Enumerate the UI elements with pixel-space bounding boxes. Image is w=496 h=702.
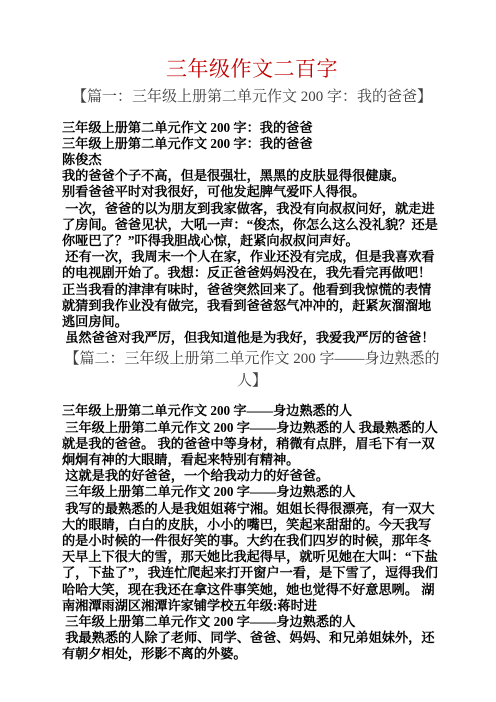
section-heading-2: 【篇二：三年级上册第二单元作文 200 字——身边熟悉的人】 <box>62 349 442 392</box>
essay-paragraph: 还有一次，我周末一个人在家，作业还没有完成，但是我喜欢看的电视剧开始了。我想：反… <box>62 249 442 330</box>
section-essay-1: 【篇一：三年级上册第二单元作文 200 字：我的爸爸】 三年级上册第二单元作文 … <box>62 87 442 346</box>
essay-paragraph: 一次，爸爸的以为朋友到我家做客，我没有向叔叔问好，就走进了房间。爸爸见状，大吼一… <box>62 201 442 250</box>
essay-heading-line: 三年级上册第二单元作文 200 字：我的爸爸 <box>62 136 442 152</box>
essay-heading-line: 三年级上册第二单元作文 200 字：我的爸爸 <box>62 120 442 136</box>
essay-heading-line: 三年级上册第二单元作文 200 字——身边熟悉的人 <box>62 614 442 630</box>
essay-paragraph: 三年级上册第二单元作文 200 字——身边熟悉的人 我最熟悉的人就是我的爸爸。 … <box>62 420 442 469</box>
essay-paragraph: 这就是我的好爸爸，一个给我动力的好爸爸。 <box>62 468 442 484</box>
essay-paragraph: 虽然爸爸对我严厉，但我知道他是为我好，我爱我严厉的爸爸！ <box>62 330 442 346</box>
section-body-2: 三年级上册第二单元作文 200 字——身边熟悉的人 三年级上册第二单元作文 20… <box>62 403 442 662</box>
section-body-1: 三年级上册第二单元作文 200 字：我的爸爸 三年级上册第二单元作文 200 字… <box>62 120 442 347</box>
essay-paragraph: 我的爸爸个子不高，但是很强壮，黑黑的皮肤显得很健康。 <box>62 168 442 184</box>
essay-heading-line: 三年级上册第二单元作文 200 字——身边熟悉的人 <box>62 484 442 500</box>
page-title: 三年级作文二百字 <box>62 54 442 84</box>
essay-paragraph: 别看爸爸平时对我很好，可他发起脾气爱吓人得很。 <box>62 184 442 200</box>
document-page: 三年级作文二百字 【篇一：三年级上册第二单元作文 200 字：我的爸爸】 三年级… <box>0 0 496 702</box>
essay-paragraph: 我写的最熟悉的人是我姐姐蒋宁湘。姐姐长得很漂亮，有一双大大的眼睛，白白的皮肤，小… <box>62 501 442 614</box>
section-essay-2: 【篇二：三年级上册第二单元作文 200 字——身边熟悉的人】 三年级上册第二单元… <box>62 349 442 662</box>
essay-heading-line: 三年级上册第二单元作文 200 字——身边熟悉的人 <box>62 403 442 419</box>
essay-paragraph: 我最熟悉的人除了老师、同学、爸爸、妈妈、和兄弟姐妹外，还有朝夕相处，形影不离的外… <box>62 630 442 662</box>
author-name: 陈俊杰 <box>62 152 442 168</box>
section-heading-1: 【篇一：三年级上册第二单元作文 200 字：我的爸爸】 <box>62 87 442 109</box>
document-content: 三年级作文二百字 【篇一：三年级上册第二单元作文 200 字：我的爸爸】 三年级… <box>0 54 496 663</box>
